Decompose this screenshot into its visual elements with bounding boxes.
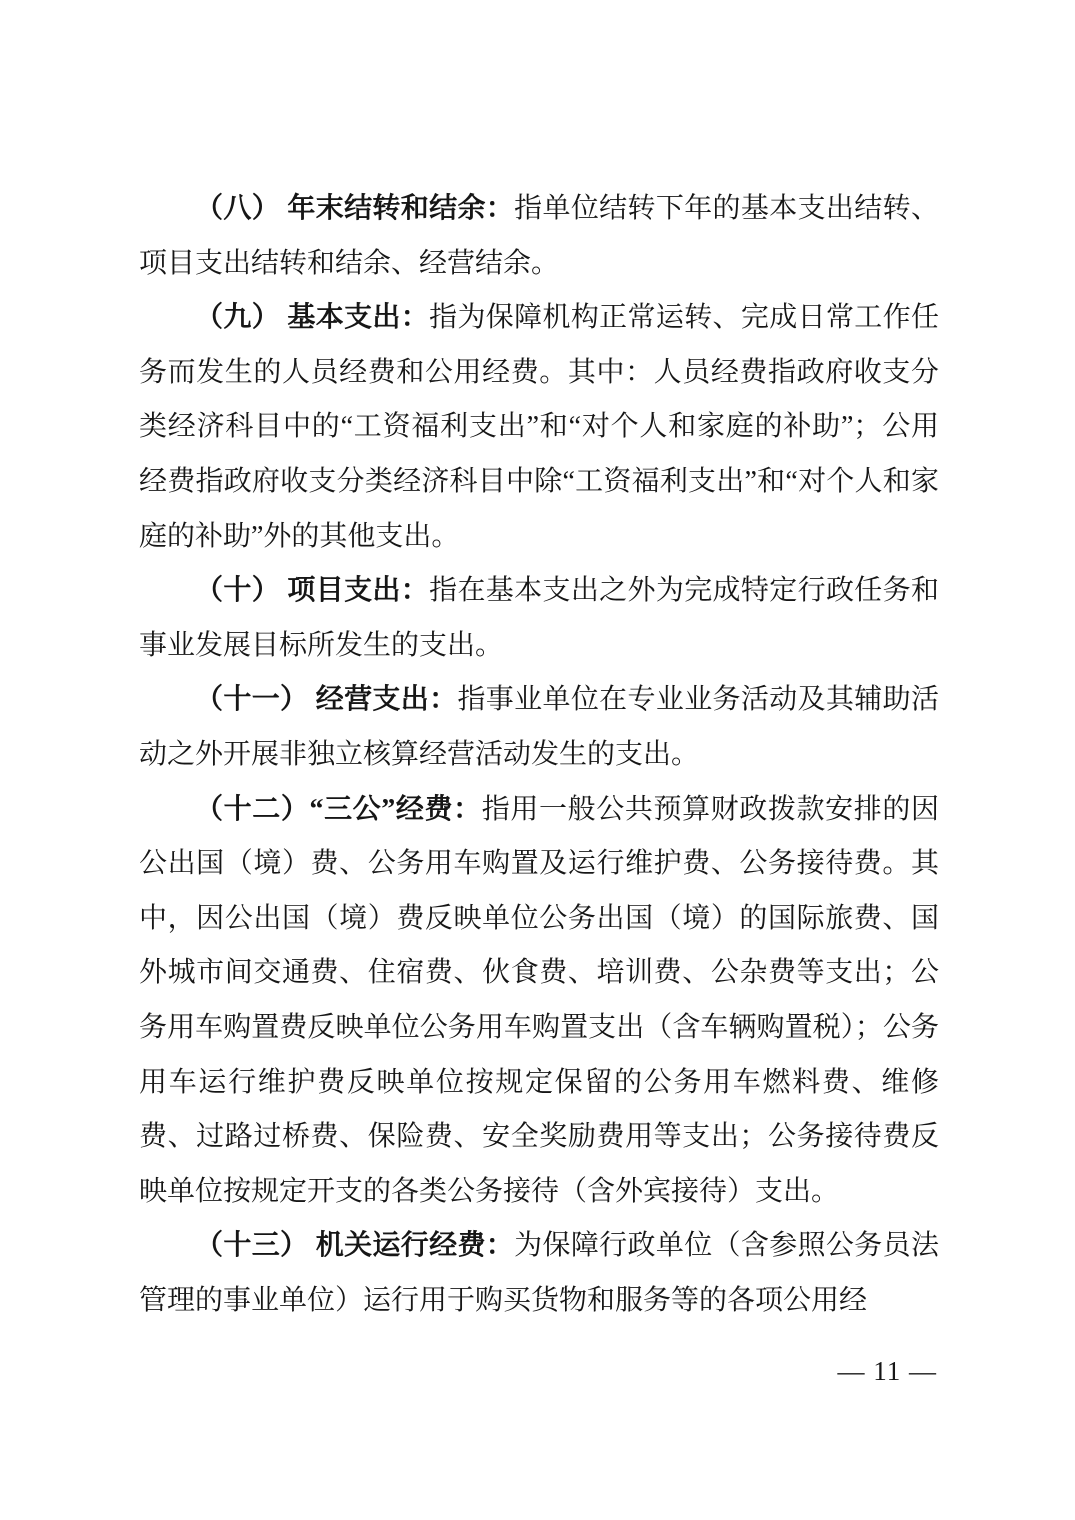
paragraph-text: 指用一般公共预算财政拨款安排的因公出国（境）费、公务用车购置及运行维护费、公务接… xyxy=(139,794,939,1207)
term-label: （九） 基本支出： xyxy=(195,302,429,333)
term-label: （十一） 经营支出： xyxy=(195,684,457,715)
term-label: （八） 年末结转和结余： xyxy=(195,193,514,224)
paragraph-item-12: （十二）“三公”经费：指用一般公共预算财政拨款安排的因公出国（境）费、公务用车购… xyxy=(139,783,939,1220)
page-number: — 11 — xyxy=(838,1356,938,1387)
term-label: （十三） 机关运行经费： xyxy=(195,1230,514,1261)
document-body: （八） 年末结转和结余：指单位结转下年的基本支出结转、项目支出结转和结余、经营结… xyxy=(139,182,939,1328)
document-page: （八） 年末结转和结余：指单位结转下年的基本支出结转、项目支出结转和结余、经营结… xyxy=(0,0,1075,1520)
term-label: （十二）“三公”经费： xyxy=(195,794,482,825)
paragraph-item-8: （八） 年末结转和结余：指单位结转下年的基本支出结转、项目支出结转和结余、经营结… xyxy=(139,182,939,291)
paragraph-item-11: （十一） 经营支出：指事业单位在专业业务活动及其辅助活动之外开展非独立核算经营活… xyxy=(139,673,939,782)
paragraph-item-10: （十） 项目支出：指在基本支出之外为完成特定行政任务和事业发展目标所发生的支出。 xyxy=(139,564,939,673)
paragraph-item-9: （九） 基本支出：指为保障机构正常运转、完成日常工作任务而发生的人员经费和公用经… xyxy=(139,291,939,564)
term-label: （十） 项目支出： xyxy=(195,575,429,606)
paragraph-item-13: （十三） 机关运行经费：为保障行政单位（含参照公务员法管理的事业单位）运行用于购… xyxy=(139,1219,939,1328)
paragraph-text: 指为保障机构正常运转、完成日常工作任务而发生的人员经费和公用经费。其中：人员经费… xyxy=(139,302,939,551)
